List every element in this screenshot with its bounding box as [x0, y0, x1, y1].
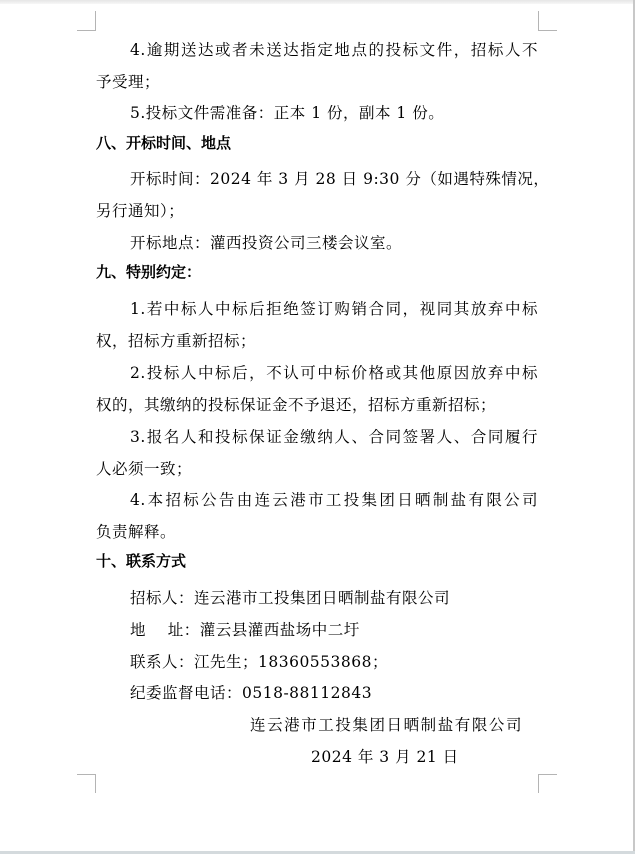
contact-person: 联系人：江先生；18360553868；	[96, 650, 538, 674]
opening-time-line2: 另行通知）；	[96, 199, 538, 223]
contact-address: 地 址：灌云县灌西盐场中二圩	[96, 618, 538, 642]
corner-mark-bottom-left-v	[95, 774, 96, 793]
section-heading-special-terms: 九、特别约定：	[96, 260, 538, 284]
section-heading-opening-time-place: 八、开标时间、地点	[96, 131, 538, 155]
special-term-4-line2: 负责解释。	[96, 520, 538, 544]
corner-mark-top-right-v	[538, 11, 539, 31]
corner-mark-bottom-right-v	[538, 774, 539, 793]
special-term-1-line2: 权，招标方重新招标；	[96, 329, 538, 353]
special-term-4-line1: 4.本招标公告由连云港市工投集团日晒制盐有限公司	[96, 488, 538, 512]
opening-time-line1: 开标时间：2024 年 3 月 28 日 9:30 分（如遇特殊情况，	[96, 167, 538, 191]
signature-company: 连云港市工投集团日晒制盐有限公司	[250, 713, 522, 737]
special-term-3-line1: 3.报名人和投标保证金缴纳人、合同签署人、合同履行	[96, 425, 538, 449]
special-term-2-line1: 2.投标人中标后，不认可中标价格或其他原因放弃中标	[96, 361, 538, 385]
paragraph-copies: 5.投标文件需准备：正本 1 份，副本 1 份。	[96, 101, 538, 125]
contact-tenderer: 招标人：连云港市工投集团日晒制盐有限公司	[96, 586, 538, 610]
paragraph-late-submission-line2: 予受理；	[96, 70, 538, 94]
signature-date: 2024 年 3 月 21 日	[311, 745, 511, 769]
paragraph-late-submission-line1: 4.逾期送达或者未送达指定地点的投标文件，招标人不	[96, 38, 538, 62]
corner-mark-top-left-v	[95, 11, 96, 31]
corner-mark-top-left-h	[77, 30, 96, 31]
corner-mark-bottom-right-h	[538, 774, 557, 775]
contact-supervision-phone: 纪委监督电话：0518-88112843	[96, 681, 538, 705]
corner-mark-bottom-left-h	[77, 774, 96, 775]
special-term-2-line2: 权的，其缴纳的投标保证金不予退还，招标方重新招标；	[96, 393, 538, 417]
page-top-shadow	[0, 0, 635, 4]
opening-place: 开标地点：灌西投资公司三楼会议室。	[96, 231, 538, 255]
section-heading-contact: 十、联系方式	[96, 549, 538, 573]
special-term-3-line2: 人必须一致；	[96, 457, 538, 481]
special-term-1-line1: 1.若中标人中标后拒绝签订购销合同，视同其放弃中标	[96, 297, 538, 321]
corner-mark-top-right-h	[538, 30, 557, 31]
